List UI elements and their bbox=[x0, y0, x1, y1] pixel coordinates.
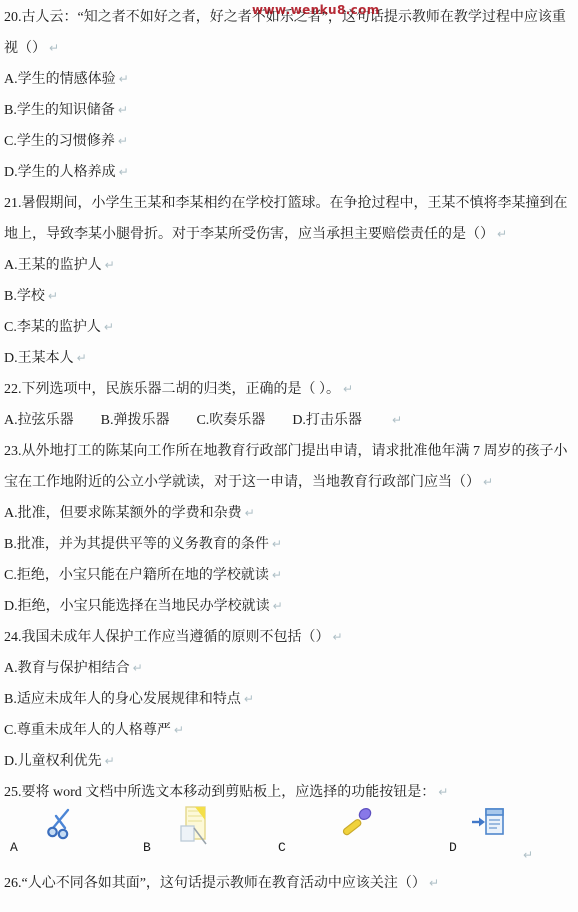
answer-option-text: C.李某的监护人 bbox=[4, 320, 101, 335]
question-stem: 23.从外地打工的陈某向工作所在地教育行政部门提出申请，请求批准他年满 7 周岁… bbox=[4, 436, 574, 498]
question-20: 20.古人云：“知之者不如好之者，好之者不如乐之者”，这句话提示教师在教学过程中… bbox=[4, 2, 574, 188]
answer-option-text: B.批准，并为其提供平等的义务教育的条件 bbox=[4, 537, 269, 552]
question-stem-text: 24.我国未成年人保护工作应当遵循的原则不包括（） bbox=[4, 630, 330, 645]
scissors-cut-icon bbox=[44, 804, 84, 848]
paragraph-mark-icon: ↵ bbox=[118, 103, 128, 117]
answer-option: A.王某的监护人↵ bbox=[4, 250, 574, 281]
answer-option: C.拒绝，小宝只能在户籍所在地的学校就读↵ bbox=[4, 560, 574, 591]
question-stem: 20.古人云：“知之者不如好之者，好之者不如乐之者”，这句话提示教师在教学过程中… bbox=[4, 2, 574, 64]
paragraph-mark-icon: ↵ bbox=[244, 692, 254, 706]
answer-option: B.适应未成年人的身心发展规律和特点↵ bbox=[4, 684, 574, 715]
answer-option: B.学校↵ bbox=[4, 281, 574, 312]
answer-option-text: B.学校 bbox=[4, 289, 45, 304]
answer-icon-label-d: D bbox=[449, 838, 457, 858]
answer-option: D.打击乐器 bbox=[292, 405, 362, 436]
answer-options-row: A.拉弦乐器B.弹拨乐器C.吹奏乐器D.打击乐器↵ bbox=[4, 405, 574, 436]
paragraph-mark-icon: ↵ bbox=[174, 723, 184, 737]
answer-option: A.教育与保护相结合↵ bbox=[4, 653, 574, 684]
paragraph-mark-icon: ↵ bbox=[392, 413, 402, 427]
answer-option: D.王某本人↵ bbox=[4, 343, 574, 374]
answer-icon-label-b: B bbox=[143, 838, 151, 858]
question-stem: 24.我国未成年人保护工作应当遵循的原则不包括（）↵ bbox=[4, 622, 574, 653]
question-list: 20.古人云：“知之者不如好之者，好之者不如乐之者”，这句话提示教师在教学过程中… bbox=[4, 2, 574, 899]
paragraph-mark-icon: ↵ bbox=[105, 258, 115, 272]
paste-document-icon bbox=[468, 804, 508, 848]
question-24: 24.我国未成年人保护工作应当遵循的原则不包括（）↵A.教育与保护相结合↵B.适… bbox=[4, 622, 574, 777]
paragraph-mark-icon: ↵ bbox=[497, 227, 507, 241]
answer-option: B.弹拨乐器 bbox=[101, 405, 170, 436]
question-26: 26.“人心不同各如其面”，这句话提示教师在教育活动中应该关注（）↵ bbox=[4, 868, 574, 899]
answer-option: A.学生的情感体验↵ bbox=[4, 64, 574, 95]
question-stem-text: 20.古人云：“知之者不如好之者，好之者不如乐之者”，这句话提示教师在教学过程中… bbox=[4, 10, 566, 56]
answer-option-text: A.学生的情感体验 bbox=[4, 72, 116, 87]
answer-option-text: C.尊重未成年人的人格尊严 bbox=[4, 723, 171, 738]
answer-option-text: D.学生的人格养成 bbox=[4, 165, 116, 180]
question-stem-text: 26.“人心不同各如其面”，这句话提示教师在教育活动中应该关注（） bbox=[4, 876, 426, 891]
answer-icon-label-c: C bbox=[278, 838, 286, 858]
question-stem-text: 25.要将 word 文档中所选文本移动到剪贴板上，应选择的功能按钮是： bbox=[4, 785, 435, 800]
answer-option: D.儿童权利优先↵ bbox=[4, 746, 574, 777]
answer-option: B.批准，并为其提供平等的义务教育的条件↵ bbox=[4, 529, 574, 560]
paragraph-mark-icon: ↵ bbox=[343, 382, 353, 396]
answer-option: D.学生的人格养成↵ bbox=[4, 157, 574, 188]
question-stem-text: 21.暑假期间，小学生王某和李某相约在学校打篮球。在争抢过程中，王某不慎将李某撞… bbox=[4, 196, 568, 242]
paragraph-mark-icon: ↵ bbox=[105, 754, 115, 768]
answer-icon-label-a: A bbox=[10, 838, 18, 858]
paragraph-mark-icon: ↵ bbox=[272, 568, 282, 582]
answer-option-text: D.儿童权利优先 bbox=[4, 754, 102, 769]
question-stem: 21.暑假期间，小学生王某和李某相约在学校打篮球。在争抢过程中，王某不慎将李某撞… bbox=[4, 188, 574, 250]
paragraph-mark-icon: ↵ bbox=[119, 165, 129, 179]
answer-option: C.吹奏乐器 bbox=[196, 405, 265, 436]
paragraph-mark-icon: ↵ bbox=[133, 661, 143, 675]
answer-option: B.学生的知识储备↵ bbox=[4, 95, 574, 126]
paragraph-mark-icon: ↵ bbox=[118, 134, 128, 148]
answer-option-text: A.王某的监护人 bbox=[4, 258, 102, 273]
paragraph-mark-icon: ↵ bbox=[49, 41, 59, 55]
answer-option-text: B.学生的知识储备 bbox=[4, 103, 115, 118]
paragraph-mark-icon: ↵ bbox=[483, 475, 493, 489]
answer-option-text: D.王某本人 bbox=[4, 351, 74, 366]
answer-option-text: C.学生的习惯修养 bbox=[4, 134, 115, 149]
paragraph-mark-icon: ↵ bbox=[77, 351, 87, 365]
paragraph-mark-icon: ↵ bbox=[119, 72, 129, 86]
answer-option-text: B.适应未成年人的身心发展规律和特点 bbox=[4, 692, 241, 707]
answer-icons-row: ABCD↵ bbox=[4, 808, 574, 868]
answer-option: C.尊重未成年人的人格尊严↵ bbox=[4, 715, 574, 746]
answer-option: A.拉弦乐器 bbox=[4, 405, 74, 436]
paragraph-mark-icon: ↵ bbox=[523, 840, 533, 871]
paragraph-mark-icon: ↵ bbox=[245, 506, 255, 520]
format-painter-icon bbox=[338, 804, 378, 848]
clipboard-paste-icon bbox=[176, 804, 216, 848]
paragraph-mark-icon: ↵ bbox=[273, 599, 283, 613]
paragraph-mark-icon: ↵ bbox=[429, 876, 439, 890]
answer-option: A.批准，但要求陈某额外的学费和杂费↵ bbox=[4, 498, 574, 529]
answer-option: D.拒绝，小宝只能选择在当地民办学校就读↵ bbox=[4, 591, 574, 622]
answer-option-text: C.拒绝，小宝只能在户籍所在地的学校就读 bbox=[4, 568, 269, 583]
question-stem: 26.“人心不同各如其面”，这句话提示教师在教育活动中应该关注（）↵ bbox=[4, 868, 574, 899]
answer-option-text: D.拒绝，小宝只能选择在当地民办学校就读 bbox=[4, 599, 270, 614]
answer-option-text: A.批准，但要求陈某额外的学费和杂费 bbox=[4, 506, 242, 521]
paragraph-mark-icon: ↵ bbox=[104, 320, 114, 334]
paragraph-mark-icon: ↵ bbox=[333, 630, 343, 644]
question-23: 23.从外地打工的陈某向工作所在地教育行政部门提出申请，请求批准他年满 7 周岁… bbox=[4, 436, 574, 622]
answer-option-text: A.教育与保护相结合 bbox=[4, 661, 130, 676]
exam-page: www.wenku8.com 20.古人云：“知之者不如好之者，好之者不如乐之者… bbox=[0, 0, 578, 912]
paragraph-mark-icon: ↵ bbox=[272, 537, 282, 551]
question-stem-text: 22.下列选项中，民族乐器二胡的归类，正确的是（ ）。 bbox=[4, 382, 340, 397]
question-21: 21.暑假期间，小学生王某和李某相约在学校打篮球。在争抢过程中，王某不慎将李某撞… bbox=[4, 188, 574, 374]
answer-option: C.学生的习惯修养↵ bbox=[4, 126, 574, 157]
question-22: 22.下列选项中，民族乐器二胡的归类，正确的是（ ）。↵A.拉弦乐器B.弹拨乐器… bbox=[4, 374, 574, 436]
question-stem: 22.下列选项中，民族乐器二胡的归类，正确的是（ ）。↵ bbox=[4, 374, 574, 405]
question-25: 25.要将 word 文档中所选文本移动到剪贴板上，应选择的功能按钮是：↵ABC… bbox=[4, 777, 574, 868]
paragraph-mark-icon: ↵ bbox=[48, 289, 58, 303]
paragraph-mark-icon: ↵ bbox=[438, 785, 448, 799]
answer-option: C.李某的监护人↵ bbox=[4, 312, 574, 343]
